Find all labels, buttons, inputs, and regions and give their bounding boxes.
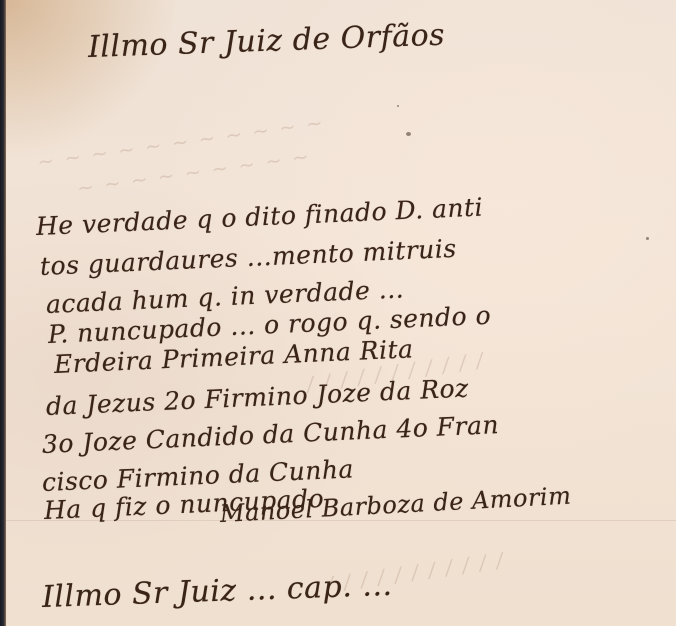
ink-spot (646, 237, 649, 240)
manuscript-page: ~ ~ ~ ~ ~ ~ ~ ~ ~ ~ ~ ~ ~ ~ ~ ~ ~ ~ ~ ~ … (6, 0, 676, 626)
body-line-1: He verdade q o dito finado D. anti (35, 192, 483, 240)
ink-spot (397, 105, 399, 107)
document-heading: Illmo Sr Juiz de Orfãos (87, 18, 445, 65)
second-heading: Illmo Sr Juiz ... cap. ... (41, 568, 393, 615)
ink-spot (406, 132, 411, 136)
